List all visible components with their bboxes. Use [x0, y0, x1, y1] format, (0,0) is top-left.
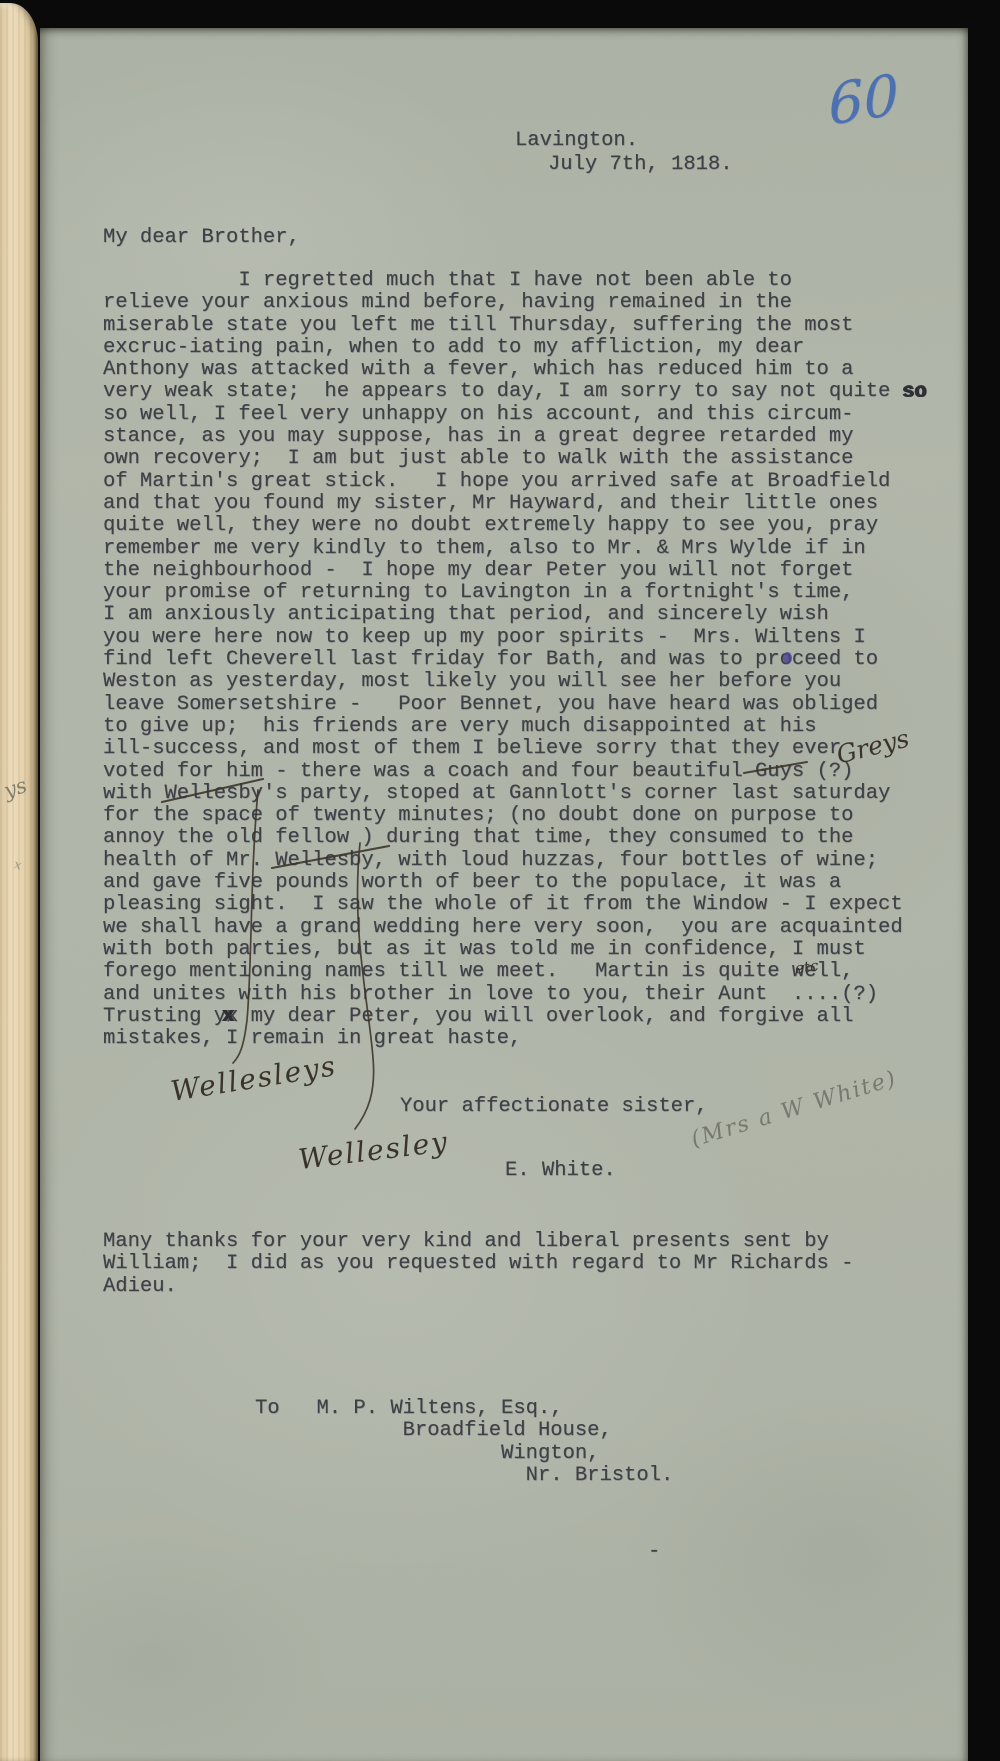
- stray-dash: -: [648, 1541, 660, 1563]
- address-block: To M. P. Wiltens, Esq., Broadfield House…: [255, 1398, 673, 1487]
- heading-place: Lavington.: [515, 130, 638, 152]
- signature: E. White.: [505, 1160, 616, 1182]
- book-page-edge: [0, 3, 38, 1761]
- salutation: My dear Brother,: [103, 227, 300, 249]
- overstrike-so: so: [902, 382, 927, 404]
- letter-body: I regretted much that I have not been ab…: [103, 270, 927, 1050]
- heading-date: July 7th, 1818.: [548, 154, 733, 176]
- overstrike-x: x: [222, 1006, 234, 1028]
- ink-blot: [783, 652, 792, 664]
- folio-number: 60: [827, 62, 901, 138]
- postscript: Many thanks for your very kind and liber…: [103, 1231, 853, 1298]
- closing: Your affectionate sister,: [400, 1096, 708, 1118]
- annotation-etc: etc: [794, 956, 820, 977]
- scanned-letter-page: 60 Lavington. July 7th, 1818. My dear Br…: [0, 0, 1000, 1761]
